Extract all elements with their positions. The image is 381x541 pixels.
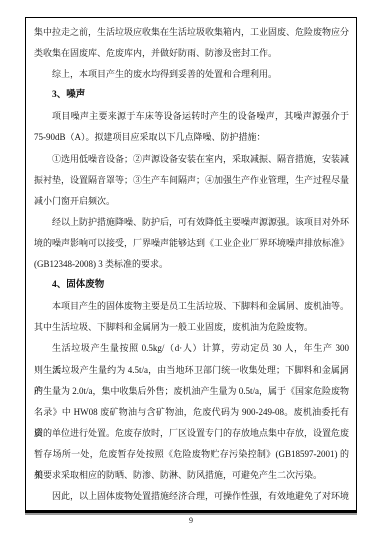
doc-text-line: 振衬垫，设置隔音罩等；③生产车间隔声；④加强生产作业管理，生产过程尽量 (34, 170, 349, 191)
doc-text-line: 则生活垃圾产生量约为 4.5t/a，由当地环卫部门统一收集处理；下脚料和金属屑的 (34, 360, 349, 381)
document-lines: 集中拉走之前，生活垃圾应收集在生活垃圾收集箱内，工业固废、危险废物应分类收集在固… (34, 22, 349, 507)
doc-text-line: 综上，本项目产生的废水均得到妥善的处置和合理利用。 (34, 64, 349, 85)
page-number: 9 (25, 515, 357, 527)
doc-text-line: 名录》中 HW08 废矿物油与含矿物油，危废代码为 900-249-08。废机油… (34, 402, 349, 423)
section-heading: 3、噪声 (34, 85, 349, 106)
doc-text-line: 因此，以上固体废物处置措施经济合理，可操作性强，有效地避免了对环境 (34, 486, 349, 507)
doc-text-line: ①选用低噪音设备；②声源设备安装在室内，采取减振、隔音措施，安装减 (34, 149, 349, 170)
doc-text-line: (GB12348-2008) 3 类标准的要求。 (34, 254, 349, 275)
doc-text-line: 境的噪声影响可以接受，厂界噪声能够达到《工业企业厂界环境噪声排放标准》 (34, 233, 349, 254)
doc-text-line: 集中拉走之前，生活垃圾应收集在生活垃圾收集箱内，工业固废、危险废物应分 (34, 22, 349, 43)
doc-text-line: 关要求采取相应的防晒、防渗、防淋、防风措施，可避免产生二次污染。 (34, 465, 349, 486)
doc-text-line: 暂存场所一处，危废暂存处按照《危险废物贮存污染控制》(GB18597-2001)… (34, 444, 349, 465)
doc-text-line: 类收集在固废库、危废库内，并做好防雨、防渗及密封工作。 (34, 43, 349, 64)
doc-text-line: 其中生活垃圾、下脚料和金属屑为一般工业固废，废机油为危险废物。 (34, 317, 349, 338)
section-heading: 4、固体废物 (34, 275, 349, 296)
doc-text-line: 减小门窗开启频次。 (34, 191, 349, 212)
doc-text-line: 产生量为 2.0t/a，集中收集后外售；废机油产生量为 0.5t/a，属于《国家… (34, 381, 349, 402)
doc-text-line: 75-90dB（A）。拟建项目应采取以下几点降噪、防护措施： (34, 127, 349, 148)
scanned-document-page: { "page": { "number": "9", "background_c… (0, 0, 381, 541)
doc-text-line: 项目噪声主要来源于车床等设备运转时产生的设备噪声，其噪声源强介于 (34, 106, 349, 127)
doc-text-line: 经以上防护措施降噪、防护后，可有效降低主要噪声源源强。该项目对外环 (34, 212, 349, 233)
document-page-frame: 集中拉走之前，生活垃圾应收集在生活垃圾收集箱内，工业固废、危险废物应分类收集在固… (25, 17, 357, 513)
doc-text-line: 生活垃圾产生量按照 0.5kg/（d·人）计算，劳动定员 30 人，年生产 30… (34, 338, 349, 359)
doc-text-line: 质的单位进行处置。危废存放时，厂区设置专门的存放地点集中存放，设置危废 (34, 423, 349, 444)
doc-text-line: 本项目产生的固体废物主要是员工生活垃圾、下脚料和金属屑、废机油等。 (34, 296, 349, 317)
